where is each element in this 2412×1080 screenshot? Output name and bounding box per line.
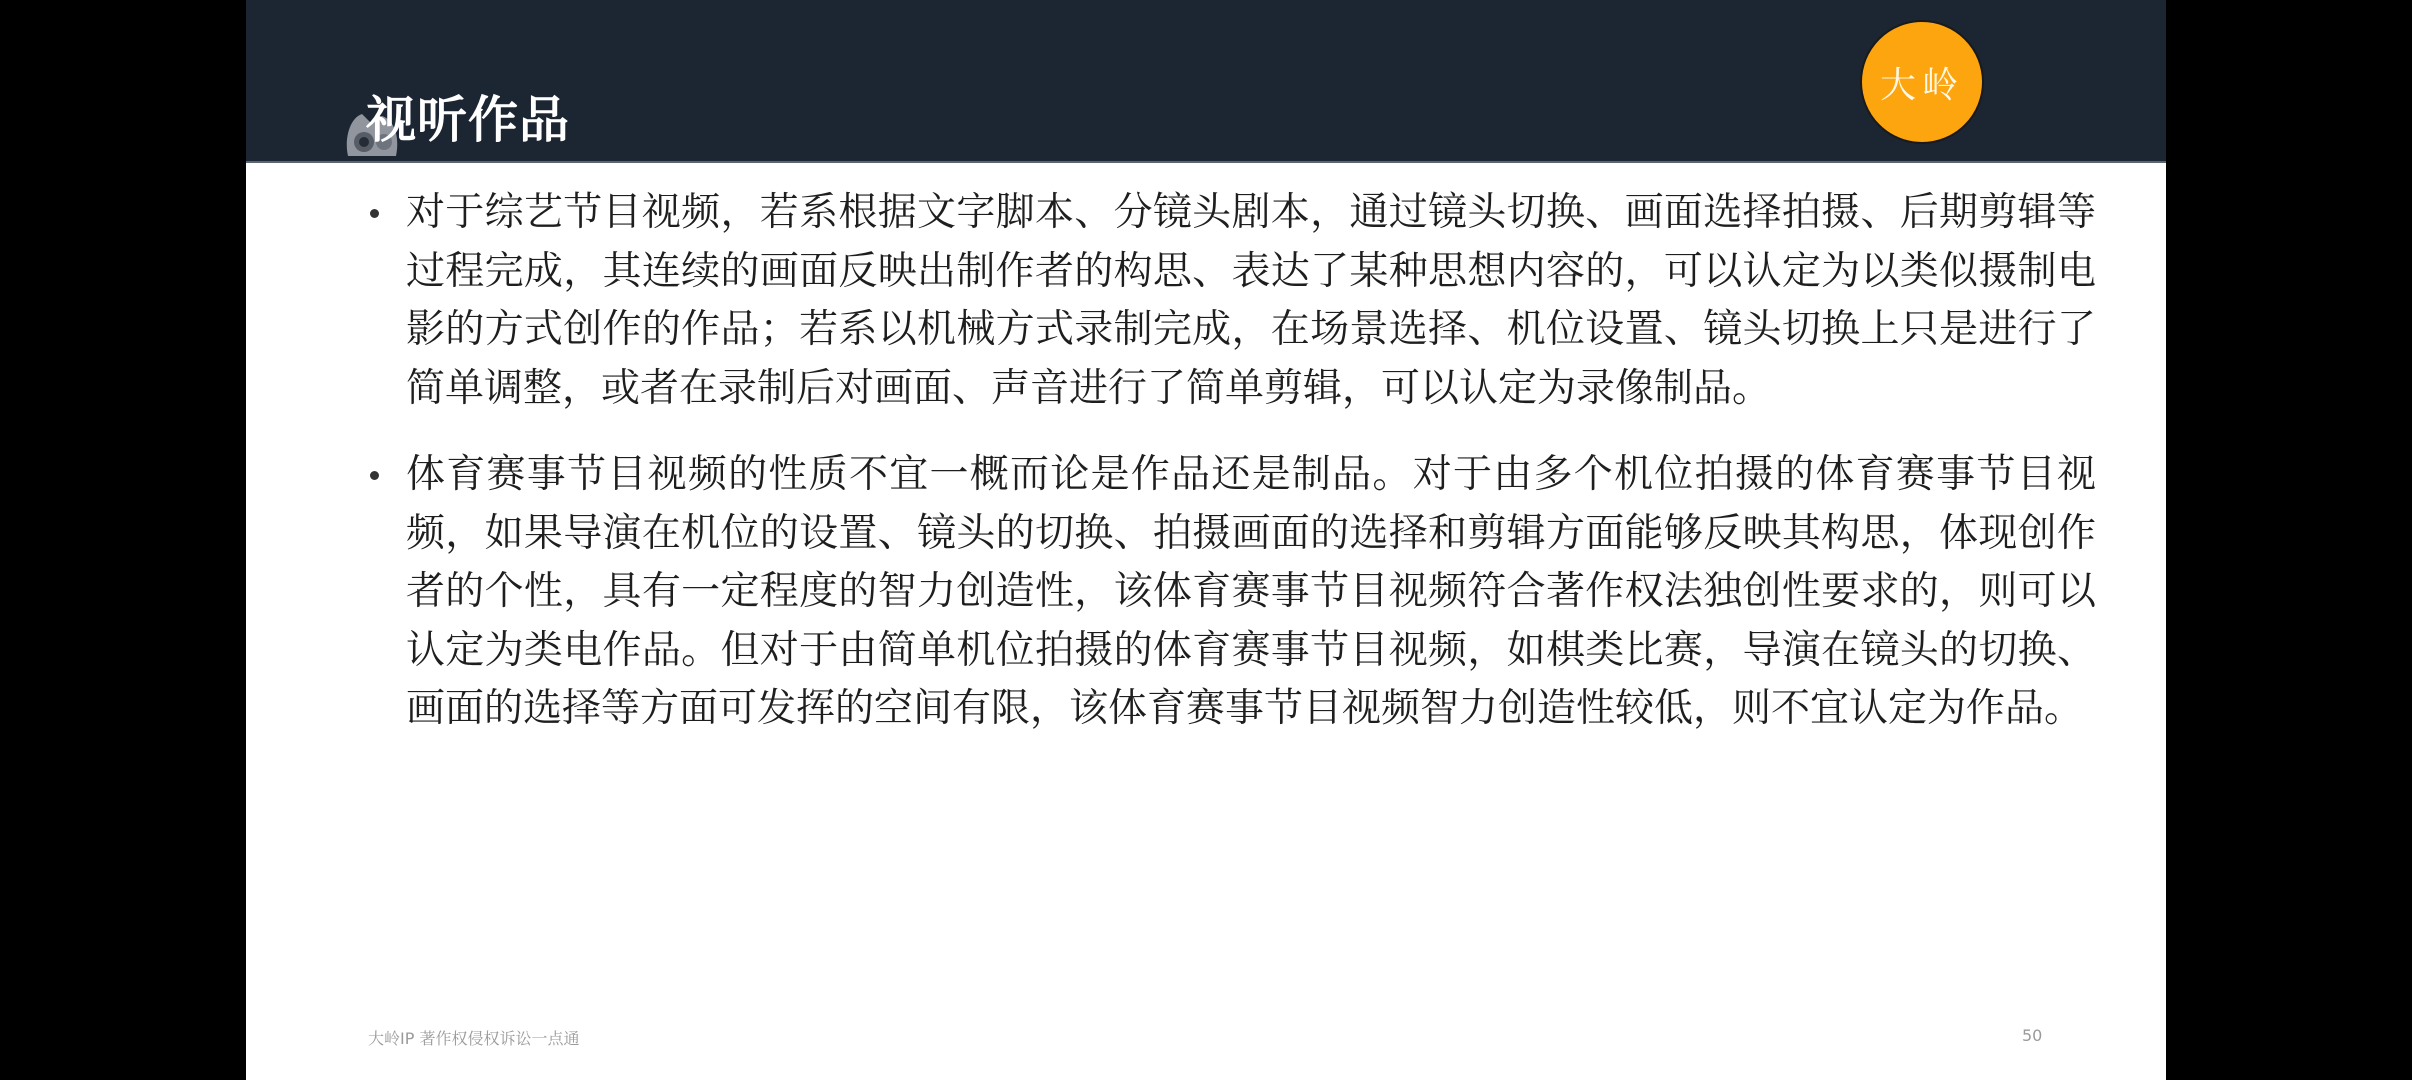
bullet-dot-icon (370, 209, 379, 218)
slide-body: 对于综艺节目视频，若系根据文字脚本、分镜头剧本，通过镜头切换、画面选择拍摄、后期… (366, 184, 2106, 767)
brand-logo: 大岭 (1860, 20, 1984, 144)
bullet-dot-icon (370, 471, 379, 480)
page-number: 50 (2022, 1026, 2042, 1045)
presentation-slide: 视听作品 大岭 对于综艺节目视频，若系根据文字脚本、分镜头剧本，通过镜头切换、画… (246, 0, 2166, 1080)
bullet-text: 对于综艺节目视频，若系根据文字脚本、分镜头剧本，通过镜头切换、画面选择拍摄、后期… (406, 184, 2096, 418)
bullet-item-variety-show: 对于综艺节目视频，若系根据文字脚本、分镜头剧本，通过镜头切换、画面选择拍摄、后期… (366, 184, 2106, 418)
slide-header-bar: 视听作品 大岭 (246, 0, 2166, 163)
bullet-item-sports-events: 体育赛事节目视频的性质不宜一概而论是作品还是制品。对于由多个机位拍摄的体育赛事节… (366, 446, 2106, 739)
slide-footer: 大岭IP 著作权侵权诉讼一点通 (368, 1026, 579, 1049)
screen: 视听作品 大岭 对于综艺节目视频，若系根据文字脚本、分镜头剧本，通过镜头切换、画… (0, 0, 2412, 1080)
bullet-text: 体育赛事节目视频的性质不宜一概而论是作品还是制品。对于由多个机位拍摄的体育赛事节… (406, 446, 2096, 739)
slide-title: 视听作品 (366, 90, 570, 150)
